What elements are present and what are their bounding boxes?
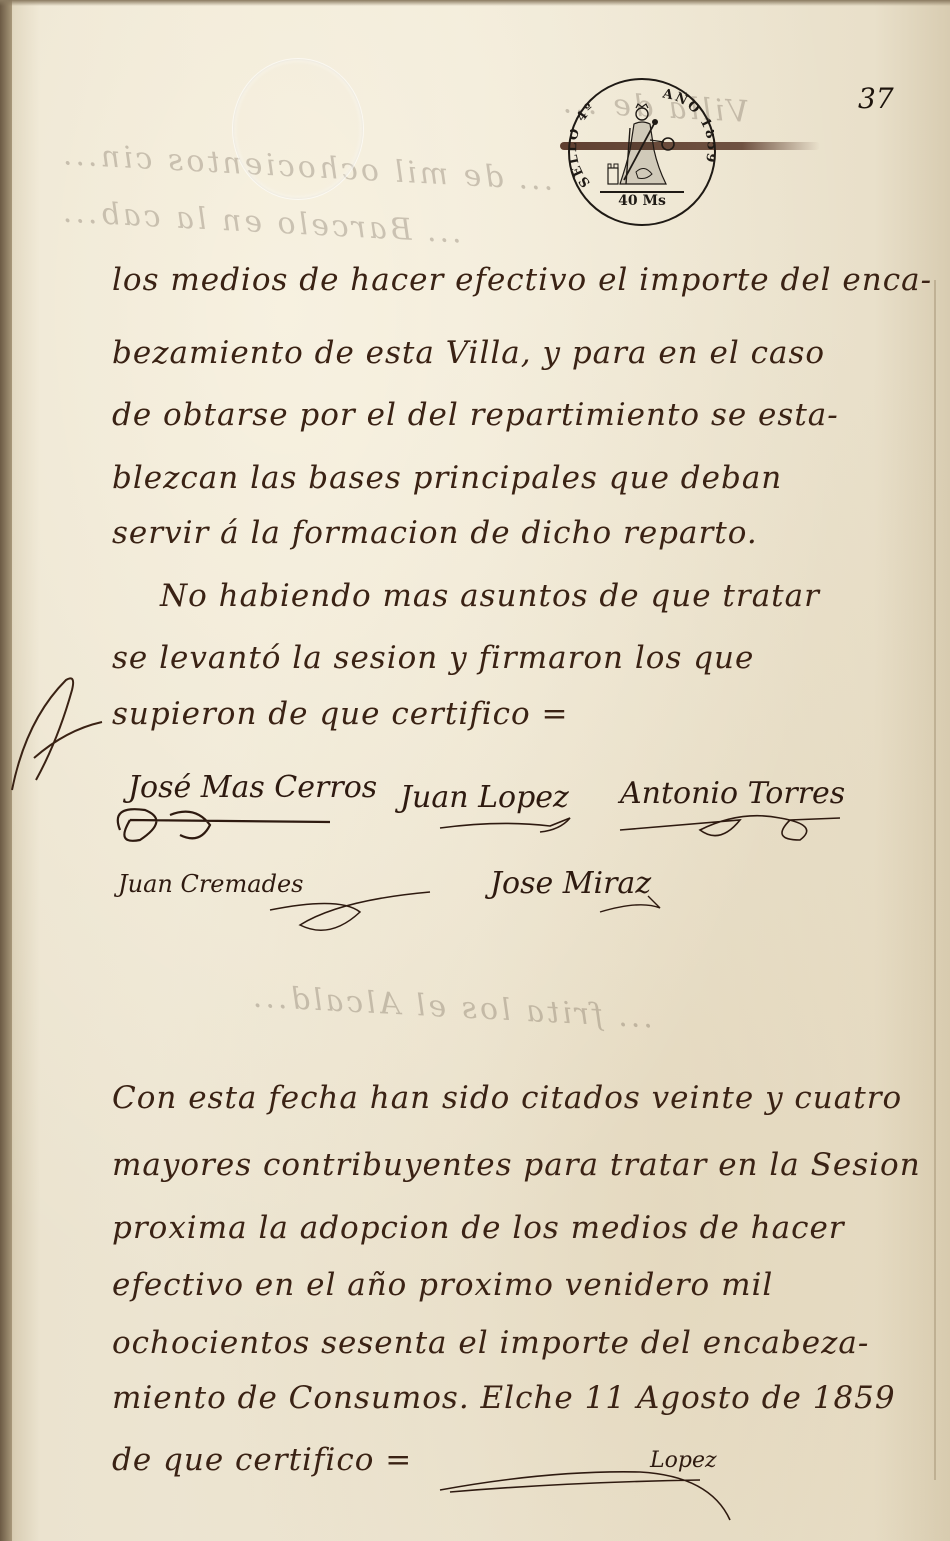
revenue-stamp: SELLO 4º AÑO 1859 40 Ms	[568, 78, 716, 226]
text-line: proxima la adopcion de los medios de hac…	[112, 1210, 845, 1246]
text-line: se levantó la sesion y firmaron los que	[112, 640, 754, 676]
signature-flourish-icon	[100, 800, 900, 960]
text-line: miento de Consumos. Elche 11 Agosto de 1…	[112, 1380, 896, 1416]
text-line: supieron de que certifico =	[112, 696, 568, 732]
text-line: mayores contribuyentes para tratar en la…	[112, 1147, 921, 1183]
stamp-value: 40 Ms	[570, 193, 714, 209]
text-line: Con esta fecha han sido citados veinte y…	[112, 1080, 902, 1116]
text-line: No habiendo mas asuntos de que tratar	[160, 578, 820, 614]
manuscript-page: Villa de ... ... de mil ochocientos cin.…	[0, 0, 950, 1541]
text-line: los medios de hacer efectivo el importe …	[112, 262, 932, 298]
svg-text:SELLO 4º: SELLO 4º	[570, 100, 598, 190]
bleed-through-line: ... Barcelo en la cab...	[59, 194, 463, 250]
text-line: de que certifico =	[112, 1442, 412, 1478]
folio-number: 37	[858, 82, 894, 115]
text-line: bezamiento de esta Villa, y para en el c…	[112, 335, 825, 371]
embossed-seal	[232, 58, 364, 200]
text-line: efectivo en el año proximo venidero mil	[112, 1267, 773, 1303]
page-edge	[934, 280, 936, 1480]
text-line: ochocientos sesenta el importe del encab…	[112, 1325, 869, 1361]
margin-flourish-icon	[6, 660, 116, 800]
text-line: de obtarse por el del repartimiento se e…	[112, 397, 839, 433]
svg-text:AÑO 1859: AÑO 1859	[660, 86, 714, 165]
closing-flourish-icon	[430, 1460, 780, 1540]
bleed-through-line: ... frita los el Alcald...	[249, 979, 654, 1035]
text-line: servir á la formacion de dicho reparto.	[112, 515, 758, 551]
text-line: blezcan las bases principales que deban	[112, 460, 782, 496]
